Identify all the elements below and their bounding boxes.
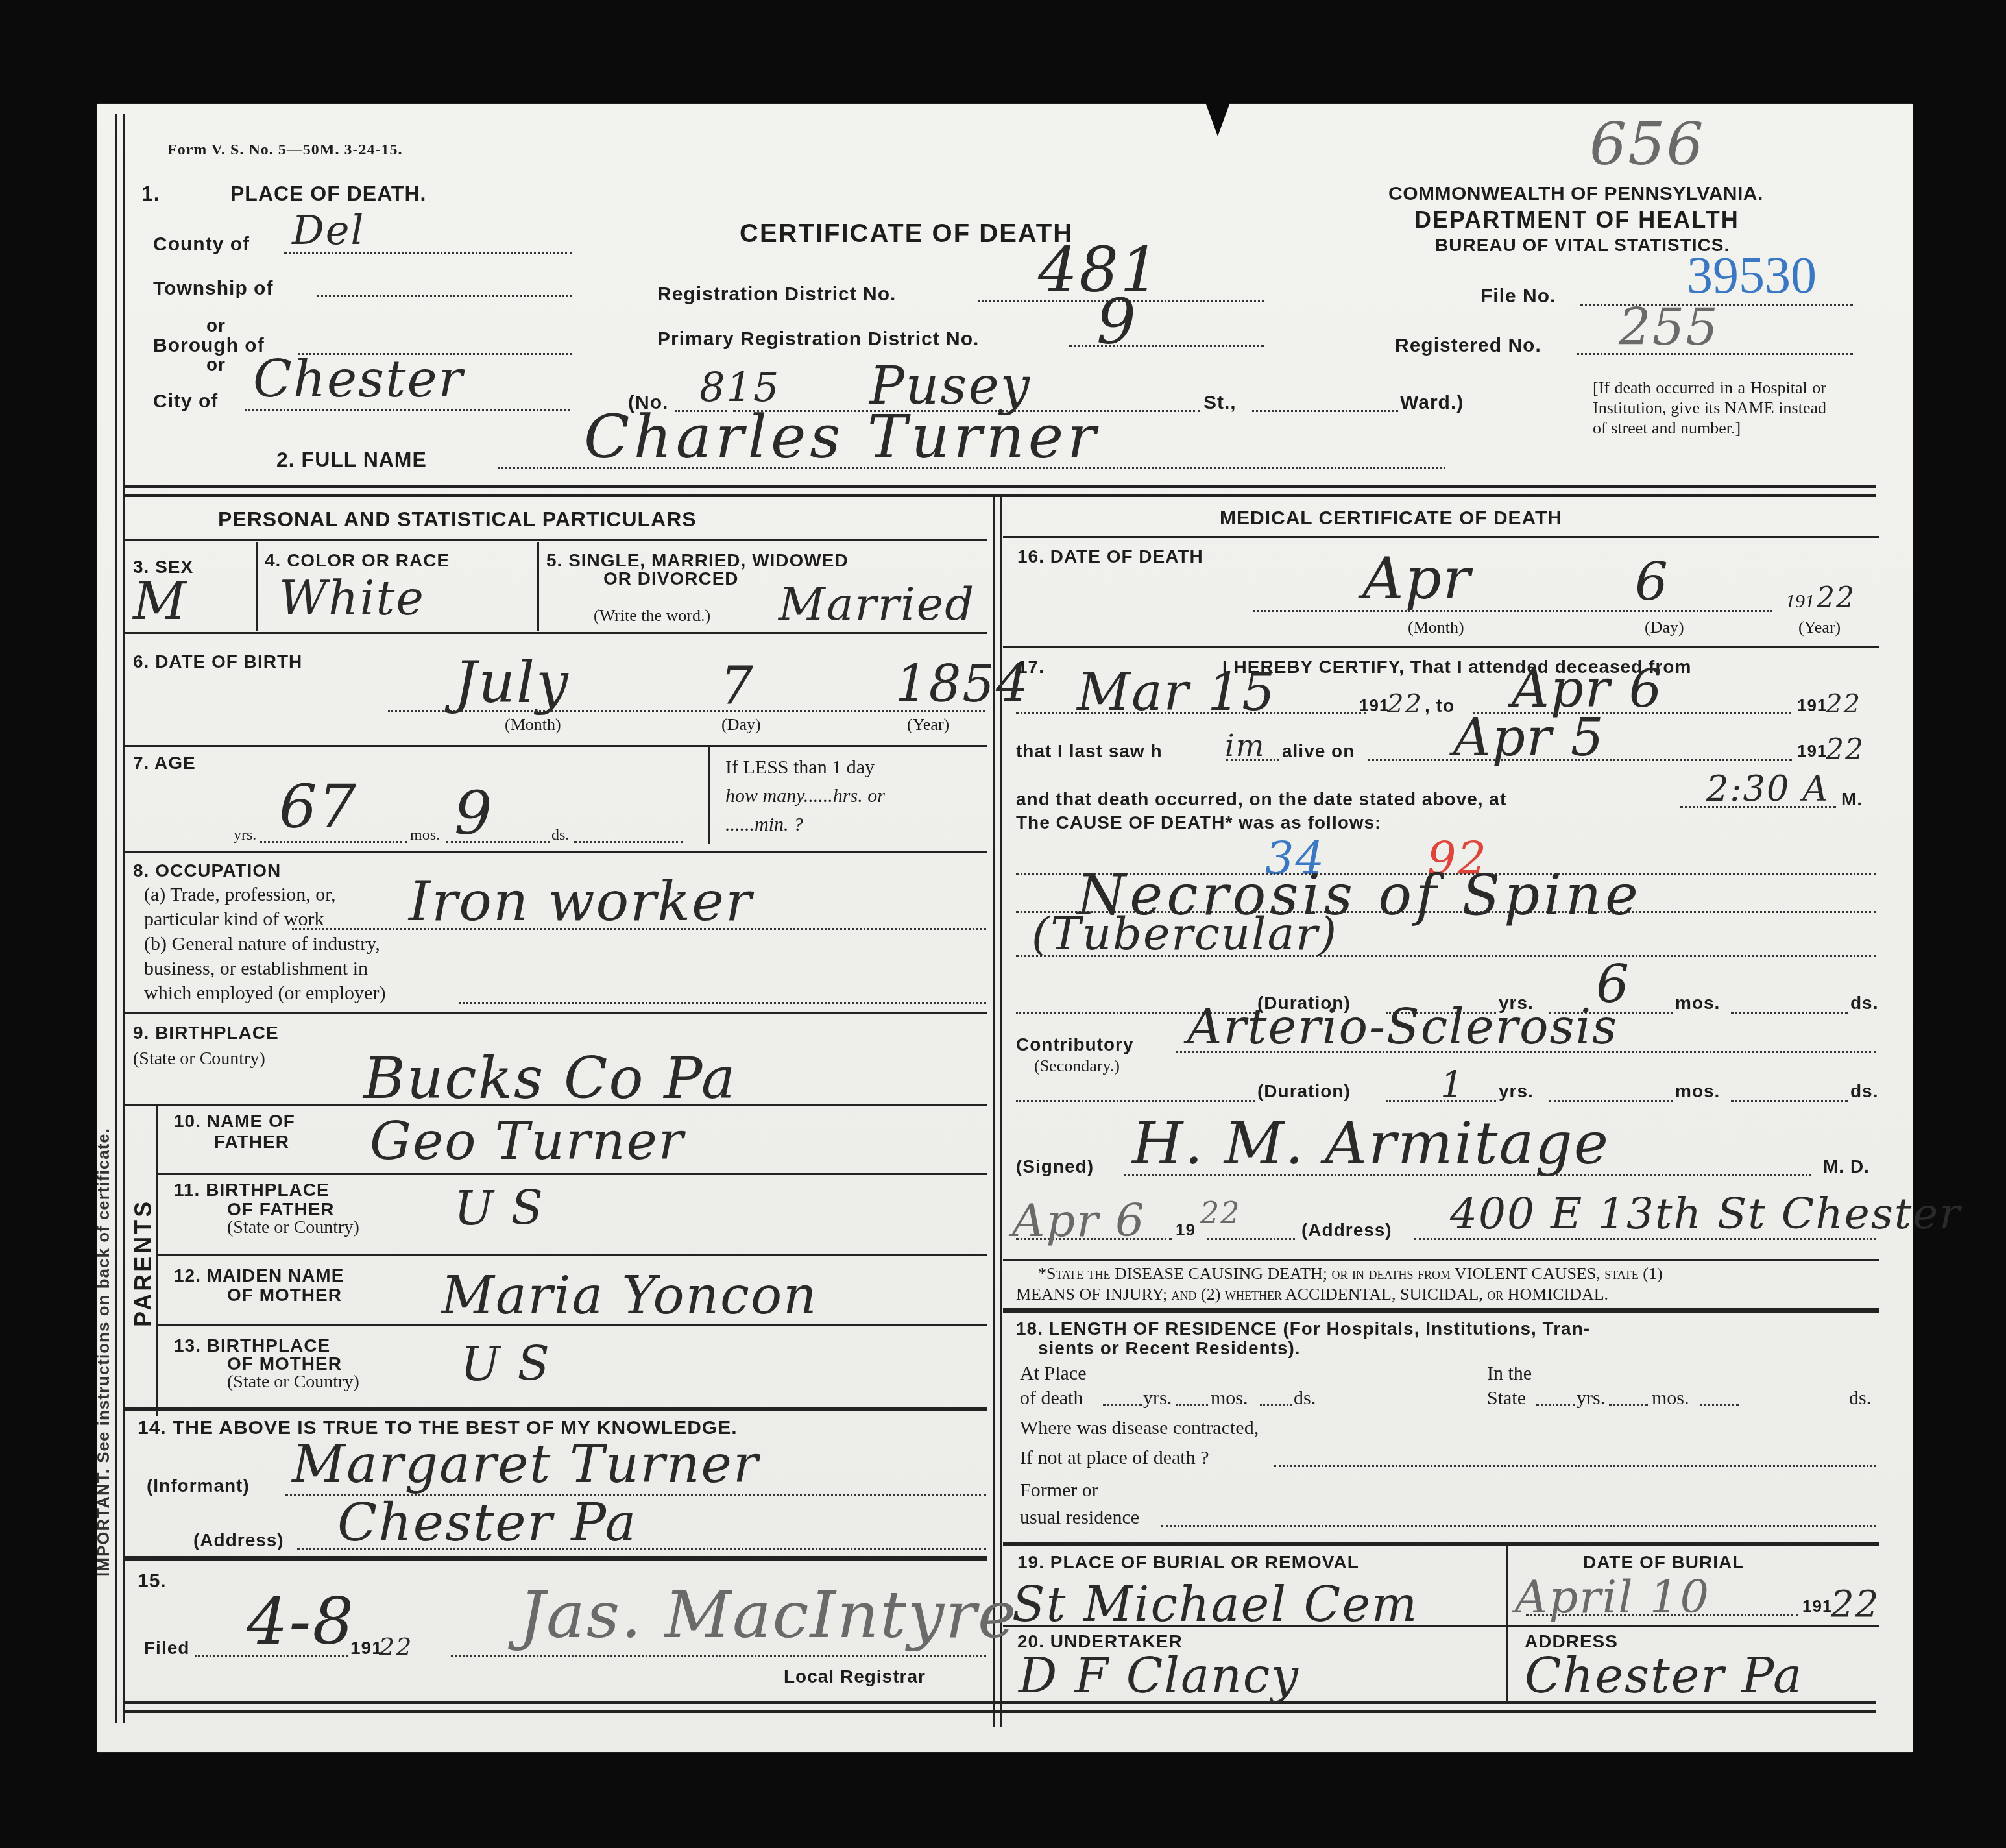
full-name-label: 2. FULL NAME	[276, 448, 427, 472]
rule	[256, 542, 258, 631]
cause-duration-days-field[interactable]	[1731, 1012, 1848, 1014]
father-bp-value: U S	[454, 1181, 544, 1235]
occurred-label: and that death occurred, on the date sta…	[1016, 789, 1506, 810]
doctor-address-value: 400 E 13th St Chester	[1450, 1189, 1961, 1239]
age-days-field[interactable]	[574, 841, 683, 843]
dod-month-caption: (Month)	[1408, 618, 1464, 637]
filed-date-value: 4-8	[247, 1583, 355, 1659]
registrar-field[interactable]	[451, 1655, 986, 1657]
rule	[1003, 1542, 1879, 1546]
registration-district-label: Registration District No.	[657, 284, 896, 306]
agency-line-2: DEPARTMENT OF HEALTH	[1414, 206, 1739, 234]
md-label: M. D.	[1823, 1156, 1870, 1177]
at-place-label-1: At Place	[1020, 1363, 1086, 1385]
rule	[1003, 536, 1879, 538]
in-state-months-field[interactable]	[1609, 1404, 1648, 1406]
informant-address-value: Chester Pa	[337, 1492, 637, 1553]
rule	[1207, 1238, 1295, 1240]
corner-number: 656	[1589, 110, 1705, 178]
full-name-value: Charles Turner	[584, 402, 1100, 472]
filed-num: 15.	[138, 1570, 167, 1592]
in-state-yrs: yrs.	[1577, 1387, 1605, 1409]
filed-year-prefix: 191	[350, 1638, 383, 1659]
in-state-years-field[interactable]	[1536, 1404, 1575, 1406]
in-state-days-field[interactable]	[1700, 1404, 1739, 1406]
where-contracted-field[interactable]	[1274, 1465, 1876, 1467]
cause-ds-caption: ds.	[1850, 993, 1878, 1014]
registered-no-value: 255	[1619, 298, 1719, 357]
contrib-duration-days-field[interactable]	[1731, 1100, 1848, 1102]
occupation-b-2: business, or establishment in	[144, 958, 368, 980]
registrar-label: Local Registrar	[784, 1666, 926, 1687]
rule	[1003, 1308, 1879, 1313]
occupation-label: 8. OCCUPATION	[133, 860, 281, 881]
dob-year-caption: (Year)	[907, 715, 949, 735]
where-contracted-2: If not at place of death ?	[1020, 1447, 1209, 1469]
birthplace-value: Bucks Co Pa	[363, 1045, 736, 1112]
marital-hint: (Write the word.)	[594, 606, 710, 626]
registered-no-label: Registered No.	[1395, 335, 1541, 357]
dod-year-value: 22	[1817, 581, 1855, 614]
hospital-note: [If death occurred in a Hospital or Inst…	[1593, 378, 1826, 438]
dob-day: 7	[720, 655, 755, 716]
former-residence-1: Former or	[1020, 1479, 1098, 1501]
less-than-day-1: If LESS than 1 day	[725, 757, 875, 779]
occupation-b-field[interactable]	[459, 1002, 986, 1004]
township-label: Township of	[153, 278, 273, 300]
dob-month: July	[454, 649, 570, 716]
dod-year-prefix: 191	[1785, 590, 1815, 613]
at-place-yrs: yrs.	[1143, 1387, 1172, 1409]
dod-label: 16. DATE OF DEATH	[1017, 546, 1203, 567]
place-of-death-num: 1.	[141, 182, 160, 206]
footnote-line-2: MEANS OF INJURY; and (2) whether ACCIDEN…	[1016, 1285, 1608, 1304]
township-field[interactable]	[317, 295, 572, 297]
father-label-1: 10. NAME OF	[174, 1111, 295, 1132]
rule	[1003, 646, 1879, 648]
paper-tear-notch	[1203, 97, 1232, 136]
dod-day: 6	[1635, 552, 1669, 612]
rule-top-1	[125, 485, 1876, 488]
rule	[157, 1173, 987, 1175]
city-label: City of	[153, 391, 218, 413]
alive-year-prefix: 191	[1797, 741, 1827, 761]
mother-value: Maria Yoncon	[441, 1265, 818, 1326]
occupation-a-1: (a) Trade, profession, or,	[144, 884, 335, 906]
signed-year: 22	[1200, 1195, 1241, 1230]
dod-year-caption: (Year)	[1798, 618, 1841, 637]
where-contracted-1: Where was disease contracted,	[1020, 1417, 1259, 1439]
at-place-months-field[interactable]	[1176, 1404, 1208, 1406]
side-instruction-note: IMPORTANT. See instructions on back of c…	[93, 1128, 114, 1577]
contrib-duration-months-field[interactable]	[1549, 1100, 1673, 1102]
rule	[125, 1012, 987, 1014]
contributory-value: Arterio-Sclerosis	[1187, 999, 1618, 1055]
in-state-label-2: State	[1487, 1387, 1526, 1409]
rule	[157, 1324, 987, 1326]
race-value: White	[279, 571, 425, 626]
contrib-mos-caption: mos.	[1675, 1081, 1720, 1102]
father-bp-sub: (State or Country)	[227, 1217, 359, 1238]
filed-year-value: 22	[379, 1633, 413, 1661]
dob-month-caption: (Month)	[505, 715, 561, 735]
rule	[1003, 1259, 1879, 1261]
contrib-duration-label: (Duration)	[1257, 1081, 1351, 1102]
place-of-death-heading: PLACE OF DEATH.	[230, 182, 426, 206]
time-value: 2:30 A	[1706, 768, 1829, 809]
certificate-title: CERTIFICATE OF DEATH	[740, 219, 1073, 249]
rule	[708, 746, 710, 844]
rule	[125, 1104, 987, 1106]
registrar-value: Jas. MacIntyre	[519, 1577, 1017, 1653]
rule	[1016, 1100, 1255, 1102]
age-months: 9	[454, 779, 494, 848]
burial-year: 22	[1831, 1583, 1879, 1625]
city-value: Chester	[253, 350, 464, 409]
city-field[interactable]	[245, 409, 570, 411]
rule	[125, 745, 987, 747]
former-residence-2: usual residence	[1020, 1507, 1139, 1529]
cause-label: The CAUSE OF DEATH* was as follows:	[1016, 812, 1381, 833]
street-label: St.,	[1203, 392, 1237, 414]
dod-day-caption: (Day)	[1645, 618, 1684, 637]
rule	[125, 851, 987, 853]
ward-field[interactable]	[1252, 410, 1398, 412]
or-label-2: or	[206, 354, 226, 375]
age-ds-caption: ds.	[551, 827, 569, 844]
alive-on-label: alive on	[1282, 741, 1355, 762]
file-no-stamp: 39530	[1687, 247, 1817, 306]
at-place-ds: ds.	[1294, 1387, 1316, 1409]
signed-year-prefix: 19	[1176, 1220, 1196, 1240]
or-label-1: or	[206, 315, 226, 336]
age-label: 7. AGE	[133, 753, 196, 773]
to-year: 22	[1826, 689, 1861, 719]
age-years: 67	[279, 772, 357, 842]
rule	[537, 542, 539, 631]
contrib-duration-years: 1	[1440, 1064, 1465, 1106]
contrib-ds-caption: ds.	[1850, 1081, 1878, 1102]
agency-line-1: COMMONWEALTH OF PENNSYLVANIA.	[1388, 183, 1763, 205]
to-year-prefix: 191	[1797, 696, 1827, 716]
birthplace-label: 9. BIRTHPLACE	[133, 1023, 279, 1043]
residence-heading-2: sients or Recent Residents).	[1038, 1338, 1301, 1359]
mother-bp-value: U S	[461, 1337, 551, 1391]
signed-label: (Signed)	[1016, 1156, 1094, 1177]
alive-on-value: Apr 5	[1453, 707, 1605, 768]
from-year: 22	[1387, 689, 1423, 719]
last-saw-label: that I last saw h	[1016, 741, 1163, 762]
rule	[125, 539, 987, 541]
less-than-day-3: ......min. ?	[725, 814, 803, 836]
at-place-mos: mos.	[1211, 1387, 1248, 1409]
form-number: Form V. S. No. 5—50M. 3-24-15.	[167, 141, 402, 159]
birthplace-sub: (State or Country)	[133, 1049, 265, 1069]
file-no-label: File No.	[1480, 286, 1556, 308]
rule-bottom-2	[125, 1710, 1876, 1713]
occupation-b-3: which employed (or employer)	[144, 982, 385, 1004]
rule	[125, 1556, 987, 1561]
mother-label-1: 12. MAIDEN NAME	[174, 1265, 344, 1286]
undertaker-address-value: Chester Pa	[1525, 1648, 1803, 1704]
occupation-a-2: particular kind of work	[144, 908, 324, 930]
rule	[125, 1407, 987, 1411]
secondary-label: (Secondary.)	[1034, 1056, 1120, 1076]
certify-num: 17.	[1017, 657, 1045, 677]
primary-district-label: Primary Registration District No.	[657, 328, 979, 350]
mother-bp-sub: (State or Country)	[227, 1372, 359, 1392]
father-label-2: FATHER	[214, 1132, 289, 1152]
rule	[157, 1254, 987, 1256]
cause-line-2: (Tubercular)	[1032, 907, 1338, 960]
father-bp-label-1: 11. BIRTHPLACE	[174, 1180, 330, 1200]
race-label: 4. COLOR OR RACE	[265, 550, 450, 571]
at-place-days-field[interactable]	[1260, 1404, 1292, 1406]
mother-label-2: OF MOTHER	[227, 1285, 342, 1306]
residence-heading-1: 18. LENGTH OF RESIDENCE (For Hospitals, …	[1016, 1319, 1590, 1339]
dob-label: 6. DATE OF BIRTH	[133, 651, 302, 672]
dod-month: Apr	[1362, 545, 1471, 612]
informant-label: (Informant)	[147, 1476, 250, 1496]
in-state-mos: mos.	[1652, 1387, 1689, 1409]
rule	[125, 632, 987, 634]
cause-mos-caption: mos.	[1675, 993, 1720, 1014]
parents-label: PARENTS	[130, 1199, 157, 1327]
dob-year: 1854	[895, 655, 1030, 714]
informant-address-label: (Address)	[193, 1530, 284, 1551]
dob-day-caption: (Day)	[721, 715, 761, 735]
attended-from-value: Mar 15	[1077, 662, 1276, 722]
county-value: Del	[292, 206, 365, 254]
occupation-a-value: Iron worker	[409, 869, 753, 933]
rule	[1003, 1625, 1879, 1627]
contributory-label: Contributory	[1016, 1034, 1134, 1055]
contrib-yrs-caption: yrs.	[1499, 1081, 1534, 1102]
footnote-line-1: *State the DISEASE CAUSING DEATH; or in …	[1038, 1264, 1663, 1283]
personal-section-title: PERSONAL AND STATISTICAL PARTICULARS	[218, 507, 697, 531]
dod-field[interactable]	[1253, 610, 1772, 612]
undertaker-value: D F Clancy	[1019, 1648, 1299, 1704]
occupation-b-1: (b) General nature of industry,	[144, 933, 380, 955]
doctor-address-label: (Address)	[1301, 1220, 1392, 1241]
at-place-years-field[interactable]	[1103, 1404, 1142, 1406]
ward-label: Ward.)	[1400, 392, 1464, 414]
pronoun-value: im	[1225, 728, 1265, 763]
in-state-label-1: In the	[1487, 1363, 1532, 1385]
medical-section-title: MEDICAL CERTIFICATE OF DEATH	[1220, 507, 1562, 529]
borough-label: Borough of	[153, 335, 265, 357]
from-year-prefix: 191	[1359, 696, 1389, 716]
marital-value: Married	[779, 577, 975, 631]
am-pm-label: M.	[1841, 789, 1863, 810]
agency-line-3: BUREAU OF VITAL STATISTICS.	[1435, 235, 1730, 256]
age-mos-caption: mos.	[410, 827, 440, 844]
father-value: Geo Turner	[370, 1111, 684, 1171]
alive-year: 22	[1826, 733, 1865, 766]
left-border-inner	[123, 114, 125, 1723]
informant-value: Margaret Turner	[292, 1434, 759, 1494]
former-residence-field[interactable]	[1161, 1525, 1876, 1527]
less-than-day-2: how many......hrs. or	[725, 785, 885, 807]
in-state-ds: ds.	[1849, 1387, 1871, 1409]
at-place-label-2: of death	[1020, 1387, 1083, 1409]
filed-label: Filed	[144, 1638, 189, 1659]
to-label: , to	[1425, 696, 1455, 716]
signed-date: Apr 6	[1012, 1194, 1146, 1247]
age-yrs-caption: yrs.	[234, 827, 256, 844]
burial-date-value: April 10	[1515, 1570, 1710, 1623]
rule	[1506, 1544, 1508, 1704]
county-label: County of	[153, 234, 250, 256]
left-border-outer	[115, 114, 117, 1723]
marital-label-2: OR DIVORCED	[603, 568, 739, 589]
burial-year-prefix: 191	[1802, 1596, 1832, 1616]
burial-place-label: 19. PLACE OF BURIAL OR REMOVAL	[1017, 1552, 1359, 1573]
sex-value: M	[133, 571, 187, 631]
primary-district-value: 9	[1096, 286, 1137, 358]
signed-value: H. M. Armitage	[1132, 1110, 1610, 1178]
